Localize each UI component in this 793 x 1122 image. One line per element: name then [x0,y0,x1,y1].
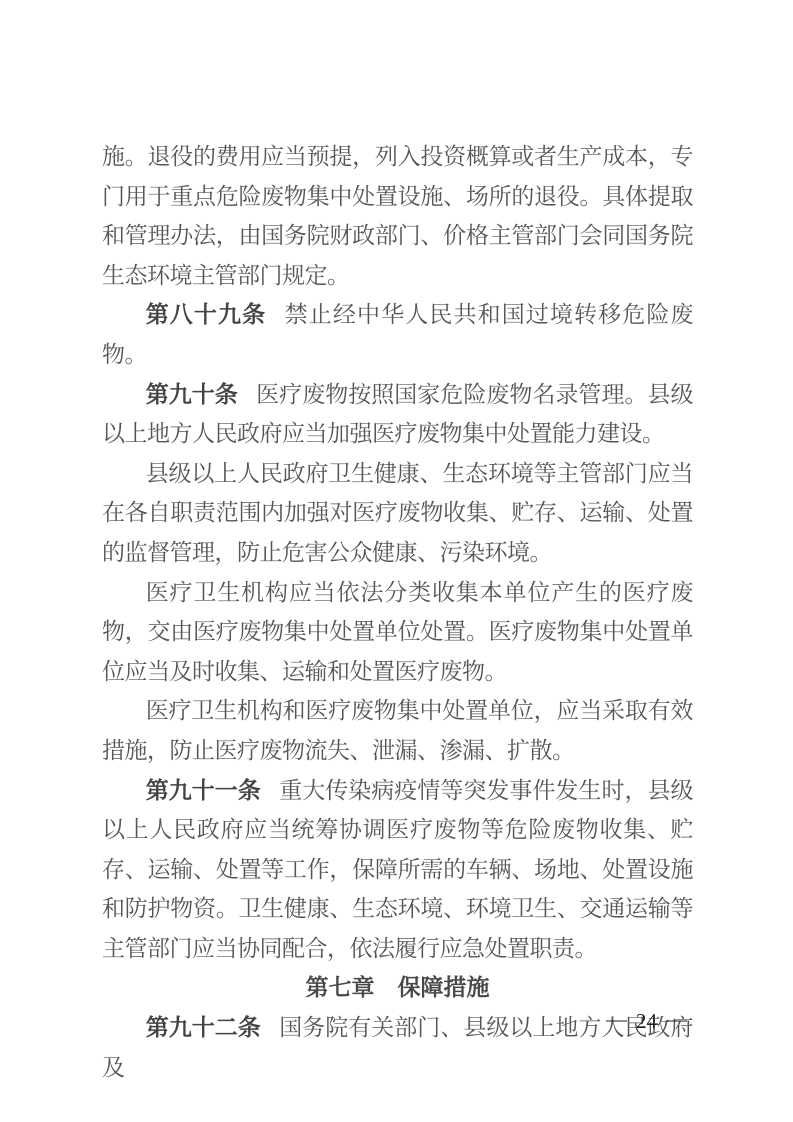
body-paragraph: 县级以上人民政府卫生健康、生态环境等主管部门应当在各自职责范围内加强对医疗废物收… [102,454,693,573]
paragraph-text: 医疗卫生机构和医疗废物集中处置单位，应当采取有效措施，防止医疗废物流失、泄漏、渗… [102,697,693,763]
document-body: 施。退役的费用应当预提，列入投资概算或者生产成本，专门用于重点危险废物集中处置设… [102,137,693,1087]
chapter-heading-text: 第七章 保障措施 [306,974,490,1000]
footer-left-dash: — [606,1004,627,1034]
paragraph-text: 县级以上人民政府卫生健康、生态环境等主管部门应当在各自职责范围内加强对医疗废物收… [102,460,693,565]
article-number: 第八十九条 [146,301,267,327]
footer-right-dash: — [666,1004,687,1034]
article-number: 第九十一条 [146,777,261,803]
page-number: 24 [636,1009,657,1033]
paragraph-text: 重大传染病疫情等突发事件发生时，县级以上人民政府应当统筹协调医疗废物等危险废物收… [102,777,693,961]
article-number: 第九十条 [146,381,238,407]
body-paragraph: 医疗卫生机构应当依法分类收集本单位产生的医疗废物，交由医疗废物集中处置单位处置。… [102,573,693,692]
article-paragraph-89: 第八十九条禁止经中华人民共和国过境转移危险废物。 [102,295,693,374]
paragraph-text: 施。退役的费用应当预提，列入投资概算或者生产成本，专门用于重点危险废物集中处置设… [102,143,693,288]
body-paragraph: 医疗卫生机构和医疗废物集中处置单位，应当采取有效措施，防止医疗废物流失、泄漏、渗… [102,691,693,770]
paragraph-continuation: 施。退役的费用应当预提，列入投资概算或者生产成本，专门用于重点危险废物集中处置设… [102,137,693,295]
article-paragraph-90: 第九十条医疗废物按照国家危险废物名录管理。县级以上地方人民政府应当加强医疗废物集… [102,375,693,454]
article-number: 第九十二条 [146,1014,261,1040]
document-page: 施。退役的费用应当预提，列入投资概算或者生产成本，专门用于重点危险废物集中处置设… [0,0,793,1122]
page-footer: —24— [597,1006,696,1036]
paragraph-text: 医疗卫生机构应当依法分类收集本单位产生的医疗废物，交由医疗废物集中处置单位处置。… [102,579,693,684]
chapter-heading: 第七章 保障措施 [102,968,693,1008]
article-paragraph-91: 第九十一条重大传染病疫情等突发事件发生时，县级以上人民政府应当统筹协调医疗废物等… [102,771,693,969]
